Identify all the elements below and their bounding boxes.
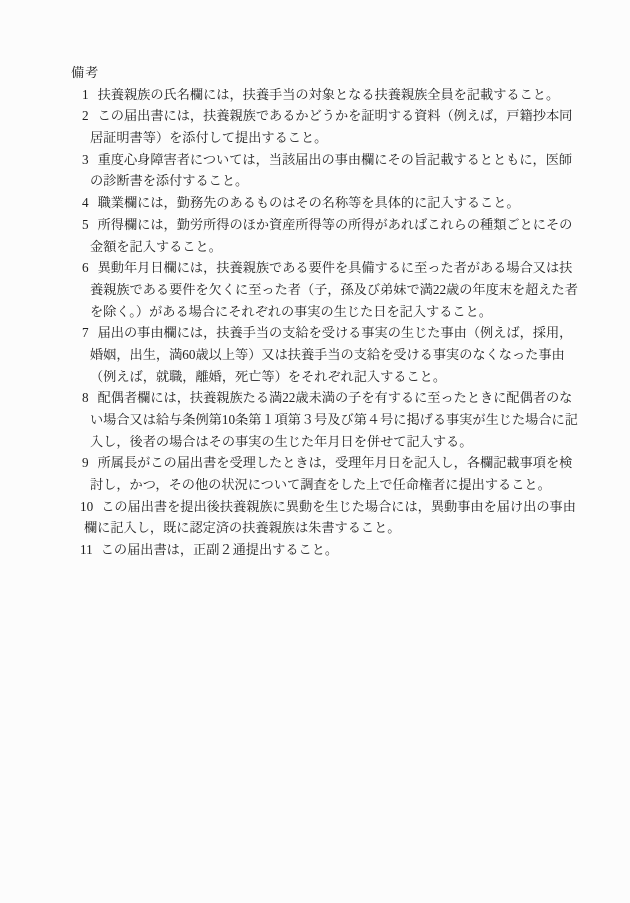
remarks-page: 備考 1扶養親族の氏名欄には，扶養手当の対象となる扶養親族全員を記載すること。 …	[0, 0, 630, 903]
note-item-text: 異動年月日欄には，扶養親族である要件を具備するに至った者がある場合又は扶	[98, 257, 573, 279]
note-item-text: 養親族である要件を欠くに至った者（子，孫及び弟妹で満22歳の年度末を超えた者	[90, 279, 630, 301]
note-item-2: 2この届出書には，扶養親族であるかどうかを証明する資料（例えば，戸籍抄本同 居証…	[0, 105, 630, 148]
note-item-number: 3	[82, 149, 89, 171]
note-item-text: 討し，かつ，その他の状況について調査をした上で任命権者に提出すること。	[90, 474, 630, 496]
note-item-text: 所属長がこの届出書を受理したときは，受理年月日を記入し，各欄記載事項を検	[98, 452, 573, 474]
note-item-8: 8配偶者欄には，扶養親族たる満22歳未満の子を有するに至ったときに配偶者のな い…	[0, 387, 630, 452]
note-item-11: 11この届出書は，正副２通提出すること。	[0, 539, 630, 561]
note-item-text: 所得欄には，勤労所得のほか資産所得等の所得があればこれらの種類ごとにその	[98, 214, 573, 236]
note-item-number: 11	[80, 539, 93, 561]
note-item-7: 7届出の事由欄には，扶養手当の支給を受ける事実の生じた事由（例えば，採用， 婚姻…	[0, 322, 630, 387]
note-item-number: 1	[82, 84, 89, 106]
note-item-number: 5	[82, 214, 89, 236]
note-item-9: 9所属長がこの届出書を受理したときは，受理年月日を記入し，各欄記載事項を検 討し…	[0, 452, 630, 495]
note-item-text: この届出書には，扶養親族であるかどうかを証明する資料（例えば，戸籍抄本同	[98, 105, 573, 127]
note-item-5: 5所得欄には，勤労所得のほか資産所得等の所得があればこれらの種類ごとにその 金額…	[0, 214, 630, 257]
note-item-number: 8	[82, 387, 89, 409]
note-item-text: この届出書を提出後扶養親族に異動を生じた場合には，異動事由を届け出の事由	[101, 496, 576, 518]
note-item-text: 居証明書等）を添付して提出すること。	[90, 127, 630, 149]
note-item-10: 10この届出書を提出後扶養親族に異動を生じた場合には，異動事由を届け出の事由 欄…	[0, 496, 630, 539]
note-item-text: 職業欄には，勤務先のあるものはその名称等を具体的に記入すること。	[98, 192, 520, 214]
note-item-3: 3重度心身障害者については，当該届出の事由欄にその旨記載するとともに，医師 の診…	[0, 149, 630, 192]
note-item-number: 6	[82, 257, 89, 279]
note-item-number: 10	[80, 496, 93, 518]
note-item-text: 扶養親族の氏名欄には，扶養手当の対象となる扶養親族全員を記載すること。	[98, 84, 560, 106]
note-item-number: 9	[82, 452, 89, 474]
note-item-number: 7	[82, 322, 89, 344]
note-item-number: 4	[82, 192, 89, 214]
note-item-number: 2	[82, 105, 89, 127]
note-item-text: この届出書は，正副２通提出すること。	[101, 539, 338, 561]
remarks-heading: 備考	[71, 62, 630, 84]
note-item-1: 1扶養親族の氏名欄には，扶養手当の対象となる扶養親族全員を記載すること。	[0, 84, 630, 106]
note-item-text: 入し，後者の場合はその事実の生じた年月日を併せて記入する。	[90, 431, 630, 453]
note-item-text: 欄に記入し，既に認定済の扶養親族は朱書すること。	[84, 517, 630, 539]
note-item-text: 重度心身障害者については，当該届出の事由欄にその旨記載するとともに，医師	[98, 149, 572, 171]
note-item-text: 金額を記入すること。	[90, 236, 630, 258]
note-item-text: 届出の事由欄には，扶養手当の支給を受ける事実の生じた事由（例えば，採用，	[98, 322, 573, 344]
note-item-text: い場合又は給与条例第10条第１項第３号及び第４号に掲げる事実が生じた場合に記	[90, 409, 630, 431]
note-item-text: （例えば，就職，離婚，死亡等）をそれぞれ記入すること。	[90, 366, 630, 388]
note-item-text: 婚姻，出生，満60歳以上等）又は扶養手当の支給を受ける事実のなくなった事由	[90, 344, 630, 366]
note-item-6: 6異動年月日欄には，扶養親族である要件を具備するに至った者がある場合又は扶 養親…	[0, 257, 630, 322]
note-item-text: 配偶者欄には，扶養親族たる満22歳未満の子を有するに至ったときに配偶者のな	[98, 387, 573, 409]
note-item-text: を除く。）がある場合にそれぞれの事実の生じた日を記入すること。	[90, 301, 630, 323]
note-item-4: 4職業欄には，勤務先のあるものはその名称等を具体的に記入すること。	[0, 192, 630, 214]
note-item-text: の診断書を添付すること。	[90, 170, 630, 192]
